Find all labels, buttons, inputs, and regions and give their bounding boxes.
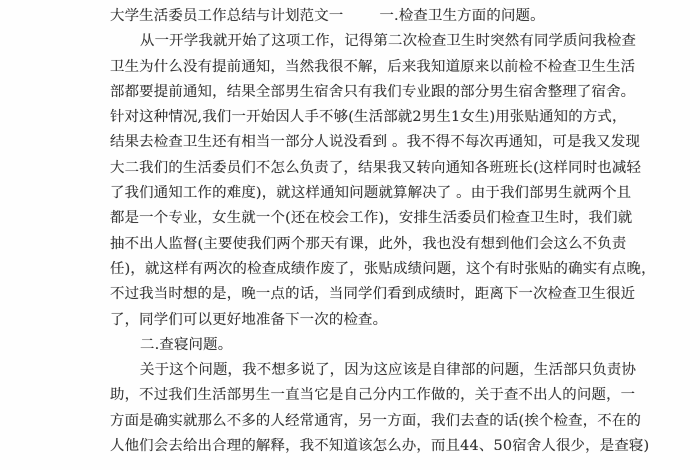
paragraph-line: 了我们通知工作的难度)，就这样通知问题就算解决了 。由于我们部男生就两个且 xyxy=(110,181,610,206)
paragraph-line: 针对这种情况,我们一开始因人手不够(生活部就2男生1女生)用张贴通知的方式， xyxy=(110,105,610,130)
paragraph-line-cut: 人他们会去给出合理的解释，我不知道该怎么办，而且44、50宿舍人很少，是查寝) xyxy=(110,434,610,459)
paragraph-line: 都是一个专业，女生就一个(还在校会工作)，安排生活委员们检查卫生时，我们就 xyxy=(110,206,610,231)
title-line: 大学生活委员工作总结与计划范文一一.检查卫生方面的问题。 xyxy=(110,4,610,29)
paragraph-line: 大二我们的生活委员们不怎么负责了，结果我又转向通知各班班长(这样同时也减轻 xyxy=(110,156,610,181)
paragraph-line: 任)，就这样有两次的检查成绩作废了，张贴成绩问题，这个有时张贴的确实有点晚， xyxy=(110,257,610,282)
paragraph-line: 部都要提前通知，结果全部男生宿舍只有我们专业跟的部分男生宿舍整理了宿舍。 xyxy=(110,80,610,105)
paragraph-line: 方面是确实就那么不多的人经常通宵，另一方面，我们去查的话(挨个检查，不在的 xyxy=(110,409,610,434)
paragraph-line: 助，不过我们生活部男生一直当它是自己分内工作做的，关于查不出人的问题，一 xyxy=(110,383,610,408)
paragraph-line: 了，同学们可以更好地准备下一次的检查。 xyxy=(110,308,610,333)
paragraph-line: 从一开学我就开始了这项工作，记得第二次检查卫生时突然有同学质问我检查 xyxy=(110,29,610,54)
paragraph-line: 关于这个问题，我不想多说了，因为这应该是自律部的问题，生活部只负责协 xyxy=(110,358,610,383)
paragraph-line: 卫生为什么没有提前通知，当然我很不解，后来我知道原来以前检不检查卫生生活 xyxy=(110,55,610,80)
paragraph-line: 结果去检查卫生还有相当一部分人说没看到 。我不得不每次再通知，可是我又发现 xyxy=(110,130,610,155)
section1-heading: 一.检查卫生方面的问题。 xyxy=(379,8,544,24)
document-body: 大学生活委员工作总结与计划范文一一.检查卫生方面的问题。 从一开学我就开始了这项… xyxy=(110,4,610,459)
section2-heading: 二.查寝问题。 xyxy=(110,333,610,358)
document-page: 大学生活委员工作总结与计划范文一一.检查卫生方面的问题。 从一开学我就开始了这项… xyxy=(0,0,700,470)
paragraph-line: 不过我当时想的是，晚一点的话，当同学们看到成绩时，距离下一次检查卫生很近 xyxy=(110,282,610,307)
document-title: 大学生活委员工作总结与计划范文一 xyxy=(110,8,343,24)
paragraph-line: 抽不出人监督(主要使我们两个那天有课，此外，我也没有想到他们会这么不负责 xyxy=(110,232,610,257)
